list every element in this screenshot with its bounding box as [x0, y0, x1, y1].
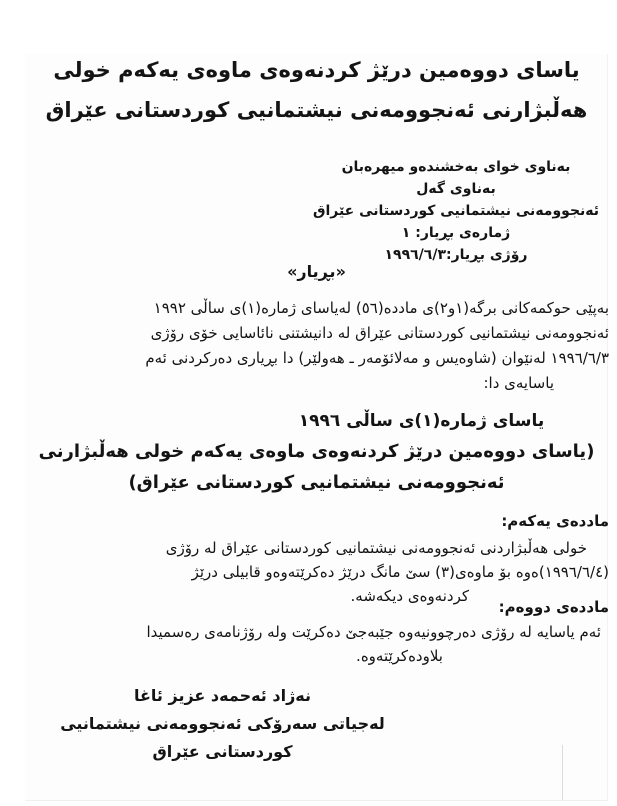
decision-paragraph-line-3: ١٩٩٦/٦/٣ لەنێوان (شاوەيس و مەلائۆمەر ـ ه… [25, 346, 609, 371]
signatory-name: نەژاد ئەحمەد عزيز ئاغا [25, 682, 420, 710]
preamble-block: بەناوى خواى بەخشندەو ميهرەبان بەناوى گەل… [300, 156, 612, 266]
basmala-line: بەناوى خواى بەخشندەو ميهرەبان [300, 156, 612, 178]
article-2-heading: ماددەى دووەم: [25, 598, 609, 616]
signatory-role: لەجياتى سەرۆكى ئەنجوومەنى نيشتمانيى كورد… [25, 710, 420, 766]
decision-paragraph: بەپێى حوكمەكانى برگە(١و٢)ى ماددە(٥٦) لەي… [25, 296, 609, 396]
decision-paragraph-line-1: بەپێى حوكمەكانى برگە(١و٢)ى ماددە(٥٦) لەي… [25, 296, 609, 321]
decision-paragraph-line-2: ئەنجوومەنى نيشتمانيى كوردستانى عێراق لە … [25, 321, 609, 346]
document-title-line-2: هەڵبژارنى ئەنجوومەنى نيشتمانيى كوردستانى… [25, 90, 608, 130]
signature-block: نەژاد ئەحمەد عزيز ئاغا لەجياتى سەرۆكى ئە… [25, 682, 420, 766]
law-name-line-2: ئەنجوومەنى نيشتمانيى كوردستانى عێراق) [25, 467, 608, 498]
article-1-heading: ماددەى يەكەم: [25, 512, 609, 530]
law-title-block: ياساى ژمارە(١)ى ساڵى ١٩٩٦ (ياساى دووەمين… [25, 406, 608, 498]
scan-edge-artifact [562, 745, 563, 800]
decision-heading: «بڕيار» [25, 262, 608, 281]
law-number-line: ياساى ژمارە(١)ى ساڵى ١٩٩٦ [130, 406, 617, 436]
law-name-line-1: (ياساى دووەمين درێژ كردنەوەى ماوەى يەكەم… [25, 436, 608, 467]
in-name-of-people-line: بەناوى گەل [300, 178, 612, 200]
article-1-line-1: خولى هەڵبژاردنى ئەنجوومەنى نيشتمانيى كور… [25, 536, 587, 560]
article-2-line-2: بلاودەكرێتەوە. [25, 644, 443, 668]
document-title: ياساى دووەمين درێژ كردنەوەى ماوەى يەكەم … [25, 50, 608, 130]
article-1-line-2: (١٩٩٦/٦/٤)ەوە بۆ ماوەى(٣) سێ مانگ درێژ د… [25, 560, 609, 584]
article-2-paragraph: ئەم ياسايە لە رۆژى دەرچوونيەوە جێبەجێ دە… [25, 620, 609, 668]
decision-number-line: ژمارەى بڕيار: ١ [300, 222, 612, 244]
assembly-name-line: ئەنجوومەنى نيشتمانيى كوردستانى عێراق [300, 200, 612, 222]
article-2-line-1: ئەم ياسايە لە رۆژى دەرچوونيەوە جێبەجێ دە… [25, 620, 601, 644]
document-title-line-1: ياساى دووەمين درێژ كردنەوەى ماوەى يەكەم … [25, 50, 608, 90]
decision-paragraph-line-4: ياسايەى دا: [25, 371, 554, 396]
